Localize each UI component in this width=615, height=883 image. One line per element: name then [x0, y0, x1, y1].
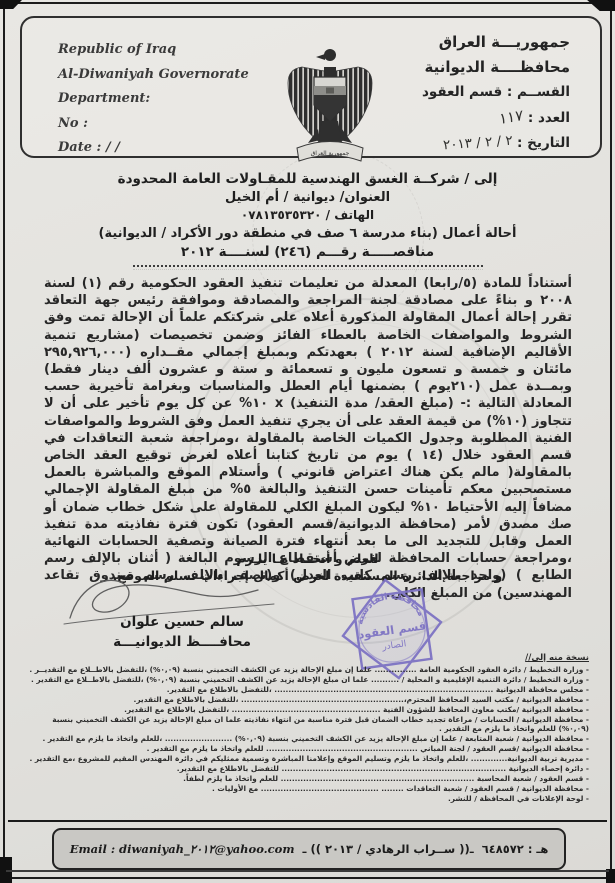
document-number-row: العدد : ١١٧	[422, 105, 570, 131]
list-item: - لوحة الإعلانات في المحافظة / للنشر.	[28, 794, 589, 804]
closing-line-1: للعلم و أتخــاذ مـا يلـزم	[0, 551, 615, 566]
number-label: العدد :	[528, 110, 570, 126]
list-item: - محافظة الديوانية / مكتب السيد المحافظ …	[28, 695, 589, 705]
list-item: - محافظة الديوانية / قسم العقود / شعبة ا…	[28, 784, 589, 794]
signer-title: محافــــظ الديوانيـــة	[82, 632, 282, 652]
list-item: - محافظة الديوانية / شعبة المتابعة / علم…	[28, 734, 589, 744]
document-page: Republic of Iraq Al-Diwaniyah Governorat…	[0, 0, 615, 883]
list-item: - محافظة الديوانية / الحسابات / مراعاة ت…	[28, 715, 589, 735]
footer-contact-box: هـ : ٦٤٨٥٧٢ ـ(( ســراب الرهادي / ٢٠١٣ ))…	[52, 828, 566, 870]
list-item: - محافظة الديوانية /قسم العقود / لجنة ال…	[28, 744, 589, 754]
subject-line: أحالة أعمال (بناء مدرسة ٦ صف في منطقة دو…	[70, 224, 545, 243]
document-date-row: التاريخ : ٢ / ٢ / ٢٠١٣	[422, 131, 570, 156]
footer-middle-note: ـ(( ســراب الرهادي / ٢٠١٣ )) ـ	[303, 842, 474, 856]
list-item: - وزارة التخطيط / دائرة التنمية الإقليمي…	[28, 675, 589, 685]
date-label: التاريخ :	[517, 135, 570, 151]
shield-center-mark	[326, 88, 334, 94]
scan-artifact-top-left	[0, 0, 22, 9]
list-item: - دائرة إحصاء الديوانية ................…	[28, 764, 589, 774]
republic-of-iraq-label: Republic of Iraq	[58, 38, 249, 63]
list-item: - محافظة الديوانية /مكتب معاون المحافظ ل…	[28, 705, 589, 715]
list-item: - قسم العقود / شعبة المحاسبة ...........…	[28, 774, 589, 784]
letterhead-arabic: جمهوريـــة العراق محافظــــة الديوانية ا…	[422, 30, 570, 156]
scan-artifact-top-right	[581, 0, 615, 11]
no-label-en: No :	[58, 112, 249, 137]
signature-block: سالم حسين علوان محافــــظ الديوانيـــة	[82, 612, 282, 652]
republic-of-iraq-label-ar: جمهوريـــة العراق	[422, 30, 570, 55]
addressee-phone: الهاتف / ٠٧٨١٣٥٣٥٣٢٠	[70, 207, 545, 224]
bottom-rule	[6, 870, 609, 872]
date-label-en: Date : / /	[58, 136, 249, 161]
eagle-beak	[316, 54, 325, 60]
addressee-address: العنوان/ ديوانية / أم الخيل	[70, 189, 545, 207]
iraq-eagle-emblem: جمهورية العراق	[284, 46, 376, 172]
footer-separator-line	[8, 820, 607, 822]
department-label-en: Department:	[58, 87, 249, 112]
eagle-tail	[318, 121, 342, 143]
letterhead-box: Republic of Iraq Al-Diwaniyah Governorat…	[20, 16, 602, 158]
distribution-title: نسخة منه إلى//	[28, 653, 589, 663]
list-item: - مديرية تربية الديوانية............. ،ل…	[28, 754, 589, 764]
governorate-label-ar: محافظــــة الديوانية	[422, 55, 570, 80]
footer-email: Email : diwaniyah_٢٠١٢@yahoo.com	[70, 842, 295, 856]
emblem-banner-text: جمهورية العراق	[311, 150, 350, 157]
dotted-separator	[133, 265, 483, 270]
letterhead-english: Republic of Iraq Al-Diwaniyah Governorat…	[58, 38, 249, 161]
addressee-company: إلى / شركــة الغسق الهندسية للمقـاولات ا…	[70, 170, 545, 189]
list-item: - وزارة التخطيط / دائرة العقود الحكومية …	[28, 665, 589, 675]
list-item: - مجلس محافظة الديوانية ................…	[28, 685, 589, 695]
handwritten-date: ٢ / ٢ / ٢٠١٣	[442, 129, 513, 159]
department-value-ar: القســم : قسم العقود	[422, 80, 570, 105]
addressee-block: إلى / شركــة الغسق الهندسية للمقـاولات ا…	[70, 170, 545, 270]
signer-name: سالم حسين علوان	[82, 612, 282, 632]
governorate-label-en: Al-Diwaniyah Governorate	[58, 63, 249, 88]
eagle-head	[324, 49, 336, 61]
distribution-list: نسخة منه إلى// - وزارة التخطيط / دائرة ا…	[28, 653, 589, 804]
tender-number-line: مناقصـــــة رقـــم (٢٤٦) لسنــــة ٢٠١٢	[70, 243, 545, 262]
footer-phone: هـ : ٦٤٨٥٧٢	[482, 842, 549, 856]
